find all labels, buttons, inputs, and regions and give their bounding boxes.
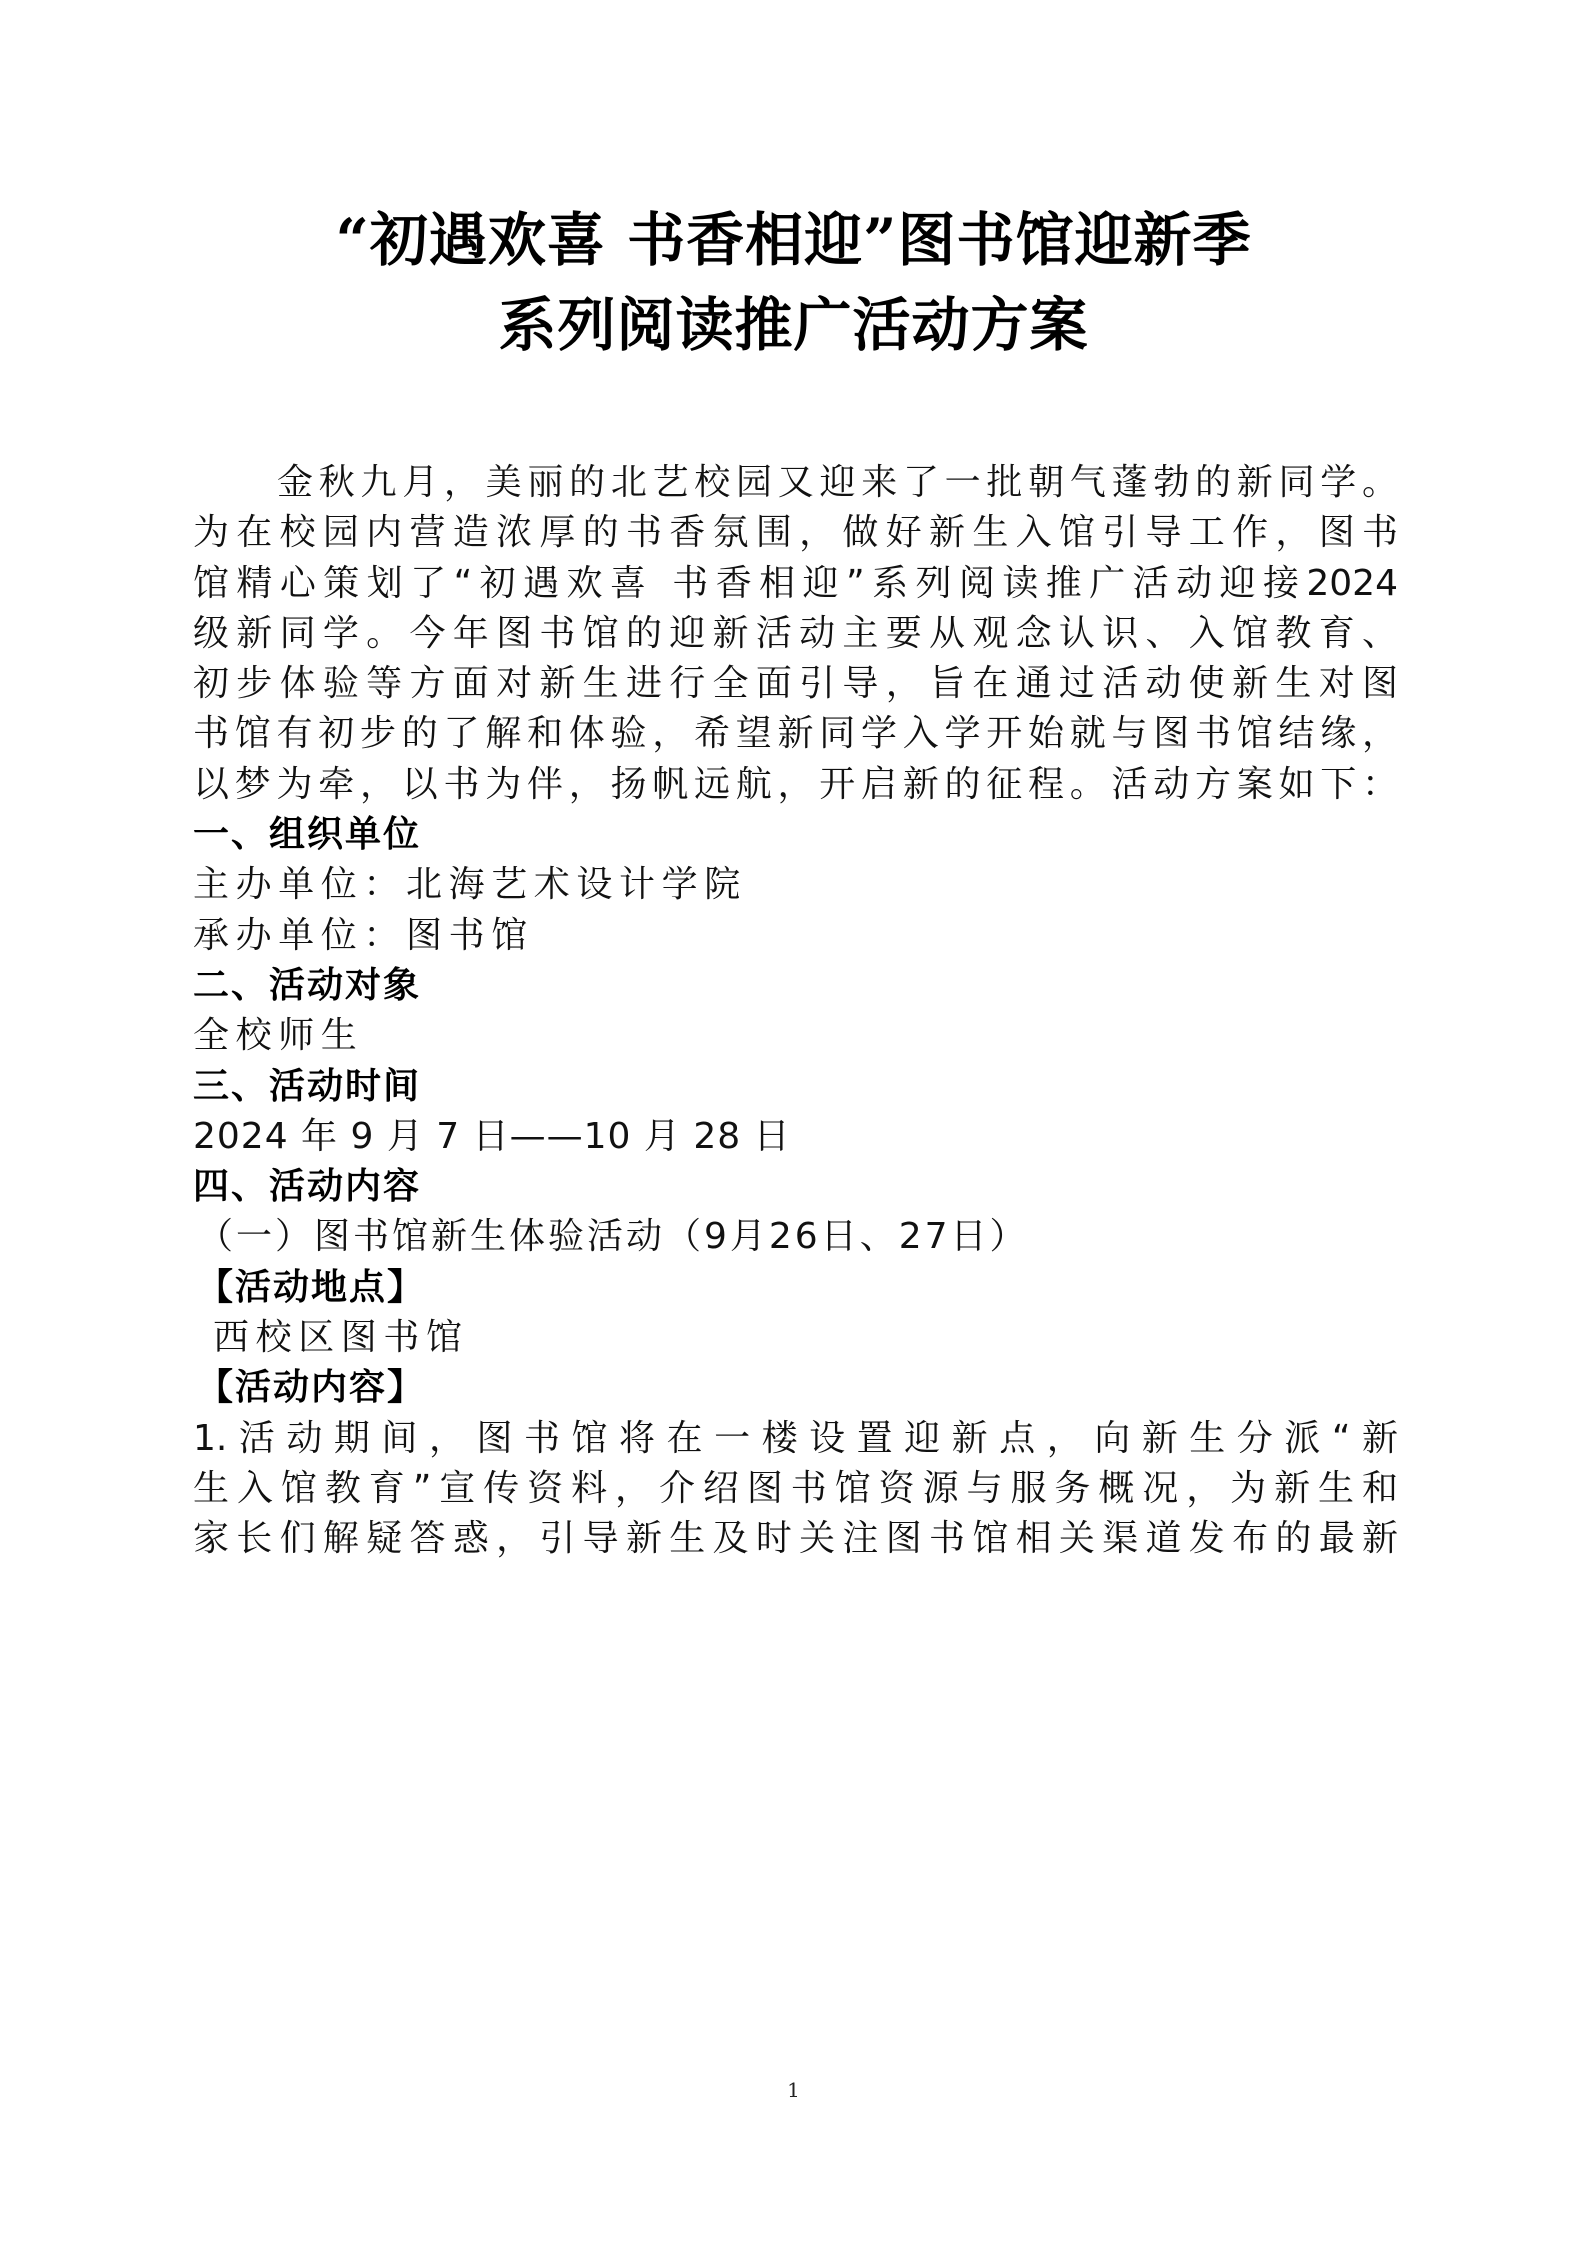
content-label: 【活动内容】 [193,1363,1398,1413]
host-unit: 主办单位：北海艺术设计学院 [193,860,1398,910]
content-item-1-line: 家长们解疑答惑，引导新生及时关注图书馆相关渠道发布的最新 [193,1514,1398,1564]
section-heading-content: 四、活动内容 [193,1162,1398,1212]
intro-paragraph-line: 为在校园内营造浓厚的书香氛围，做好新生入馆引导工作，图书 [193,508,1398,558]
section-heading-organizers: 一、组织单位 [193,810,1398,860]
content-item-1-line: 1.活动期间，图书馆将在一楼设置迎新点，向新生分派“新 [193,1414,1398,1464]
location-label: 【活动地点】 [193,1263,1398,1313]
time-content: 2024 年 9 月 7 日——10 月 28 日 [193,1112,1398,1162]
document-page: “初遇欢喜 书香相迎”图书馆迎新季 系列阅读推广活动方案 金秋九月，美丽的北艺校… [0,0,1587,2245]
document-body: 金秋九月，美丽的北艺校园又迎来了一批朝气蓬勃的新同学。 为在校园内营造浓厚的书香… [193,458,1398,1565]
document-title-line-1: “初遇欢喜 书香相迎”图书馆迎新季 [0,205,1587,275]
intro-paragraph-line: 初步体验等方面对新生进行全面引导，旨在通过活动使新生对图 [193,659,1398,709]
content-item-1-line: 生入馆教育”宣传资料，介绍图书馆资源与服务概况，为新生和 [193,1464,1398,1514]
section-heading-time: 三、活动时间 [193,1062,1398,1112]
page-number: 1 [0,2078,1587,2102]
intro-paragraph-line: 金秋九月，美丽的北艺校园又迎来了一批朝气蓬勃的新同学。 [193,458,1398,508]
intro-paragraph-line: 以梦为牵，以书为伴，扬帆远航，开启新的征程。活动方案如下： [193,760,1398,810]
intro-paragraph-line: 书馆有初步的了解和体验，希望新同学入学开始就与图书馆结缘， [193,709,1398,759]
location-content: 西校区图书馆 [193,1313,1398,1363]
subsection-title-1: （一）图书馆新生体验活动（9月26日、27日） [193,1212,1398,1262]
intro-paragraph-line: 馆精心策划了“初遇欢喜 书香相迎”系列阅读推广活动迎接2024 [193,559,1398,609]
intro-paragraph-line: 级新同学。今年图书馆的迎新活动主要从观念认识、入馆教育、 [193,609,1398,659]
section-heading-audience: 二、活动对象 [193,961,1398,1011]
document-title-line-2: 系列阅读推广活动方案 [0,290,1587,360]
organizer-unit: 承办单位：图书馆 [193,911,1398,961]
audience-content: 全校师生 [193,1011,1398,1061]
